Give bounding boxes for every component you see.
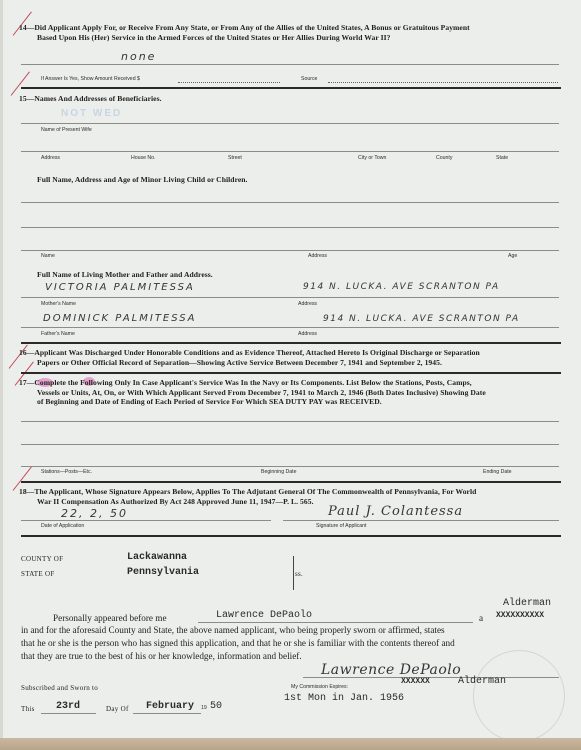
question-15-title: 15—Names And Addresses of Beneficiaries. — [19, 94, 162, 104]
question-16: 16—Applicant Was Discharged Under Honora… — [19, 348, 569, 367]
question-17-line3: of Beginning and Date of Ending of Each … — [19, 397, 569, 407]
officer-signature: Lawrence DePaolo — [321, 662, 461, 678]
address-line — [21, 151, 559, 152]
date-line — [21, 520, 271, 521]
year-value: 50 — [210, 701, 222, 712]
ss-label: ss. — [295, 570, 303, 578]
section-divider — [21, 342, 561, 344]
commission-label: My Commission Expires: — [291, 684, 348, 690]
col-street: Street — [228, 155, 242, 161]
question-17: 17—Complete the Following Only In Case A… — [19, 378, 569, 407]
month-value: February — [146, 701, 194, 712]
child-line-2 — [21, 227, 559, 228]
day-of-label: Day Of — [106, 705, 129, 713]
child-line-3 — [21, 250, 559, 251]
answer-line — [21, 64, 559, 65]
commission-value: 1st Mon in Jan. 1956 — [284, 693, 404, 704]
amount-received-label: If Answer Is Yes, Show Amount Received $ — [41, 76, 140, 82]
county-value: Lackawanna — [127, 552, 187, 563]
father-address-label: Address — [298, 331, 317, 337]
paper-bottom-edge — [0, 738, 581, 750]
question-17-line2: Vessels or Units, At, On, or With Which … — [19, 388, 569, 398]
officer-title-typed: Alderman — [503, 598, 551, 609]
question-14: 14—Did Applicant Apply For, or Receive F… — [19, 23, 569, 42]
col-ending-date: Ending Date — [483, 469, 512, 475]
answer-14-handwritten: none — [121, 50, 156, 63]
col-child-age: Age — [508, 253, 517, 259]
station-line-2 — [21, 444, 559, 445]
father-line — [21, 327, 559, 328]
this-label: This — [21, 705, 35, 713]
wife-line — [21, 123, 559, 124]
station-line-1 — [21, 421, 559, 422]
col-city: City or Town — [358, 155, 386, 161]
subscribed-label: Subscribed and Sworn to — [21, 684, 98, 692]
children-title: Full Name, Address and Age of Minor Livi… — [37, 175, 248, 185]
col-beginning-date: Beginning Date — [261, 469, 296, 475]
station-line-3 — [21, 466, 559, 467]
col-child-name: Name — [41, 253, 55, 259]
question-14-line2: Based Upon His (Her) Service in the Arme… — [19, 33, 569, 43]
a-label: a — [479, 612, 483, 625]
officer-name-line — [198, 622, 473, 623]
col-stations: Stations—Posts—Etc. — [41, 469, 92, 475]
section-divider — [21, 481, 561, 483]
mother-address-handwritten: 914 N. LUCKA. AVE SCRANTON PA — [303, 282, 500, 292]
col-child-address: Address — [308, 253, 327, 259]
mother-address-label: Address — [298, 301, 317, 307]
state-label: STATE OF — [21, 570, 55, 578]
notary-body-line2: that he or she is the person who has sig… — [21, 637, 455, 650]
child-line-1 — [21, 202, 559, 203]
year-prefix: 19 — [201, 705, 207, 711]
mother-label: Mother's Name — [41, 301, 76, 307]
date-label: Date of Application — [41, 523, 84, 529]
father-name-handwritten: DOMINICK PALMITESSA — [43, 313, 196, 324]
faint-stamp: NOT WED — [61, 108, 122, 119]
signature-line — [283, 520, 559, 521]
mother-line — [21, 297, 559, 298]
state-value: Pennsylvania — [127, 567, 199, 578]
col-county: County — [436, 155, 452, 161]
source-label: Source — [301, 76, 317, 82]
struck-title: XXXXXXXXXX — [496, 611, 544, 620]
notary-body-line1: in and for the aforesaid County and Stat… — [21, 624, 445, 637]
amount-line — [178, 82, 280, 83]
question-14-line1: 14—Did Applicant Apply For, or Receive F… — [19, 23, 470, 32]
red-check-mark — [11, 72, 30, 96]
section-divider — [21, 87, 561, 89]
month-line — [133, 713, 201, 714]
question-18: 18—The Applicant, Whose Signature Appear… — [19, 487, 569, 506]
embossed-seal — [473, 650, 565, 742]
source-line — [328, 82, 558, 83]
day-line — [41, 713, 96, 714]
question-16-line2: Papers or Other Official Record of Separ… — [19, 358, 569, 368]
application-date-handwritten: 22, 2, 50 — [61, 507, 128, 520]
col-house-no: House No. — [131, 155, 156, 161]
question-18-line2: War II Compensation As Authorized By Act… — [19, 497, 569, 507]
section-divider — [21, 372, 561, 374]
day-value: 23rd — [56, 701, 80, 712]
bracket — [289, 556, 294, 590]
father-label: Father's Name — [41, 331, 75, 337]
question-17-line1: 17—Complete the Following Only In Case A… — [19, 378, 472, 387]
question-18-line1: 18—The Applicant, Whose Signature Appear… — [19, 487, 476, 496]
question-16-line1: 16—Applicant Was Discharged Under Honora… — [19, 348, 480, 357]
county-label: COUNTY OF — [21, 555, 63, 563]
section-divider — [21, 535, 561, 537]
wife-label: Name of Present Wife — [41, 127, 92, 133]
col-state: State — [496, 155, 508, 161]
struck-subtitle: XXXXXX — [401, 677, 430, 686]
applicant-signature: Paul J. Colantessa — [328, 504, 463, 519]
col-address: Address — [41, 155, 60, 161]
parents-title: Full Name of Living Mother and Father an… — [37, 270, 213, 280]
form-page: 14—Did Applicant Apply For, or Receive F… — [0, 0, 581, 738]
appeared-prefix: Personally appeared before me — [53, 612, 167, 625]
father-address-handwritten: 914 N. LUCKA. AVE SCRANTON PA — [323, 314, 520, 324]
signature-label: Signature of Applicant — [316, 523, 366, 529]
mother-name-handwritten: VICTORIA PALMITESSA — [45, 282, 195, 293]
notary-body-line3: that they are true to the best of his or… — [21, 650, 302, 663]
officer-name: Lawrence DePaolo — [216, 610, 312, 621]
